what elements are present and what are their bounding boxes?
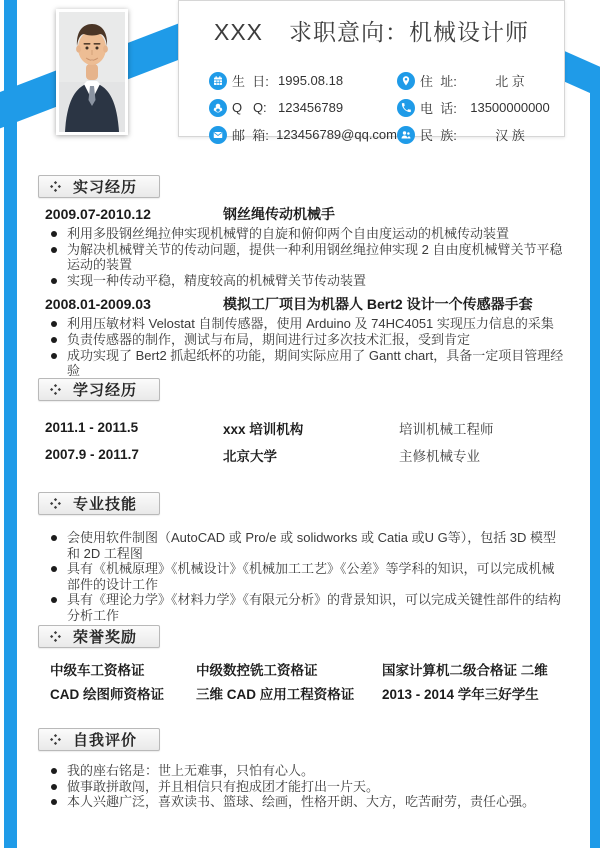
education-period: 2007.9 - 2011.7 [45, 447, 223, 462]
section-header-self-evaluation: 自我评价 [38, 728, 160, 751]
email-value: 123456789@qq.com [276, 127, 397, 142]
contact-row-email: 邮 箱: 123456789@qq.com [209, 121, 397, 148]
section-title: 实习经历 [73, 176, 137, 197]
bullet-text: 实现一种传动平稳，精度较高的机械臂关节传动装置 [67, 273, 366, 288]
internship-entry-1-head: 2009.07-2010.12 钢丝绳传动机械手 [45, 206, 565, 223]
section-title: 荣誉奖励 [73, 626, 137, 647]
qq-icon [209, 99, 227, 117]
bullet-text: 具有《机械原理》《机械设计》《机械加工工艺》《公差》等学科的知识，可以完成机械部… [67, 561, 555, 592]
profile-photo [56, 9, 128, 135]
bullet-item: 会使用软件制图（AutoCAD 或 Pro/e 或 solidworks 或 C… [46, 530, 565, 561]
bullet-text: 成功实现了 Bert2 抓起纸杯的功能，期间实际应用了 Gantt chart，… [67, 348, 563, 379]
candidate-name: XXX [214, 19, 263, 45]
entry-role: 模拟工厂项目为机器人 Bert2 设计一个传感器手套 [223, 296, 533, 313]
section-header-internship: 实习经历 [38, 175, 160, 198]
diamond-marker-icon [50, 631, 61, 642]
internship-entry-2-head: 2008.01-2009.03 模拟工厂项目为机器人 Bert2 设计一个传感器… [45, 296, 565, 313]
education-organization: xxx 培训机构 [223, 418, 399, 438]
diamond-marker-icon [50, 498, 61, 509]
entry-period: 2009.07-2010.12 [45, 206, 223, 223]
entry-period: 2008.01-2009.03 [45, 296, 223, 313]
phone-label: 电 话: [420, 98, 466, 117]
qq-value: 123456789 [278, 100, 343, 115]
bullet-text: 具有《理论力学》《材料力学》《有限元分析》的背景知识，可以完成关键性部件的结构分… [67, 592, 561, 623]
skills-bullets: 会使用软件制图（AutoCAD 或 Pro/e 或 solidworks 或 C… [38, 530, 565, 624]
address-value: 北 京 [466, 71, 554, 90]
ethnicity-label: 民 族: [420, 125, 466, 144]
entry-role: 钢丝绳传动机械手 [223, 206, 335, 223]
bullet-text: 会使用软件制图（AutoCAD 或 Pro/e 或 solidworks 或 C… [67, 530, 556, 561]
contact-row-address: 住 址: 北 京 [397, 67, 554, 94]
mail-icon [209, 126, 227, 144]
contact-row-ethnicity: 民 族: 汉 族 [397, 121, 554, 148]
birthday-label: 生 日: [232, 71, 278, 90]
section-awards: 荣誉奖励 中级车工资格证 中级数控铣工资格证 国家计算机二级合格证 二维 CAD… [38, 625, 565, 702]
internship-entry-1-bullets: 利用多股钢丝绳拉伸实现机械臂的自旋和俯仰两个自由度运动的机械传动装置 为解决机械… [38, 226, 565, 288]
bullet-item: 具有《理论力学》《材料力学》《有限元分析》的背景知识，可以完成关键性部件的结构分… [46, 592, 565, 623]
diamond-marker-icon [50, 734, 61, 745]
people-icon [397, 126, 415, 144]
header-card: XXX求职意向：机械设计师 生 日: 1995.08.18 Q Q: 12345… [178, 0, 565, 137]
bullet-text: 为解决机械臂关节的传动问题，提供一种利用钢丝绳拉伸实现 2 自由度机械臂关节平稳… [67, 242, 562, 273]
education-description: 培训机械工程师 [399, 418, 494, 438]
birthday-value: 1995.08.18 [278, 73, 343, 88]
bullet-item: 做事敢拼敢闯，并且相信只有抱成团才能打出一片天。 [46, 779, 565, 795]
section-header-education: 学习经历 [38, 378, 160, 401]
education-period: 2011.1 - 2011.5 [45, 420, 223, 435]
right-edge-stripe [590, 72, 600, 848]
bullet-text: 我的座右铭是：世上无难事，只怕有心人。 [67, 763, 314, 778]
section-education: 学习经历 2011.1 - 2011.5 xxx 培训机构 培训机械工程师 20… [38, 378, 565, 468]
award-item: 2013 - 2014 学年三好学生 [382, 688, 565, 702]
section-title: 学习经历 [73, 379, 137, 400]
award-item: 三维 CAD 应用工程资格证 [196, 688, 382, 702]
bullet-item: 具有《机械原理》《机械设计》《机械加工工艺》《公差》等学科的知识，可以完成机械部… [46, 561, 565, 592]
bullet-item: 利用多股钢丝绳拉伸实现机械臂的自旋和俯仰两个自由度运动的机械传动装置 [46, 226, 565, 242]
portrait-illustration [59, 12, 125, 132]
section-header-skills: 专业技能 [38, 492, 160, 515]
contact-row-birthday: 生 日: 1995.08.18 [209, 67, 397, 94]
section-skills: 专业技能 会使用软件制图（AutoCAD 或 Pro/e 或 solidwork… [38, 492, 565, 624]
left-edge-stripe [4, 0, 17, 848]
education-description: 主修机械专业 [399, 445, 480, 465]
phone-icon [397, 99, 415, 117]
ethnicity-value: 汉 族 [466, 125, 554, 144]
award-item: CAD 绘图师资格证 [50, 688, 196, 702]
bullet-item: 成功实现了 Bert2 抓起纸杯的功能，期间实际应用了 Gantt chart，… [46, 348, 565, 379]
page-title: XXX求职意向：机械设计师 [179, 14, 564, 47]
contact-info: 生 日: 1995.08.18 Q Q: 123456789 邮 箱: 1234… [209, 67, 564, 148]
contact-column-right: 住 址: 北 京 电 话: 13500000000 民 族: 汉 族 [397, 67, 554, 148]
contact-column-left: 生 日: 1995.08.18 Q Q: 123456789 邮 箱: 1234… [209, 67, 397, 148]
bullet-text: 利用多股钢丝绳拉伸实现机械臂的自旋和俯仰两个自由度运动的机械传动装置 [67, 226, 509, 241]
bullet-item: 利用压敏材料 Velostat 自制传感器，使用 Arduino 及 74HC4… [46, 316, 565, 332]
self-evaluation-bullets: 我的座右铭是：世上无难事，只怕有心人。 做事敢拼敢闯，并且相信只有抱成团才能打出… [38, 763, 565, 810]
bullet-text: 做事敢拼敢闯，并且相信只有抱成团才能打出一片天。 [67, 779, 379, 794]
section-self-evaluation: 自我评价 我的座右铭是：世上无难事，只怕有心人。 做事敢拼敢闯，并且相信只有抱成… [38, 728, 565, 810]
diamond-marker-icon [50, 384, 61, 395]
qq-label: Q Q: [232, 100, 278, 115]
address-label: 住 址: [420, 71, 466, 90]
bullet-item: 实现一种传动平稳，精度较高的机械臂关节传动装置 [46, 273, 565, 289]
internship-entry-2-bullets: 利用压敏材料 Velostat 自制传感器，使用 Arduino 及 74HC4… [38, 316, 565, 378]
section-header-awards: 荣誉奖励 [38, 625, 160, 648]
bullet-text: 利用压敏材料 Velostat 自制传感器，使用 Arduino 及 74HC4… [67, 316, 554, 331]
bullet-item: 为解决机械臂关节的传动问题，提供一种利用钢丝绳拉伸实现 2 自由度机械臂关节平稳… [46, 242, 565, 273]
contact-row-qq: Q Q: 123456789 [209, 94, 397, 121]
bullet-text: 本人兴趣广泛，喜欢读书、篮球、绘画，性格开朗、大方，吃苦耐劳，责任心强。 [67, 794, 535, 809]
education-rows: 2011.1 - 2011.5 xxx 培训机构 培训机械工程师 2007.9 … [38, 414, 565, 468]
phone-value: 13500000000 [466, 100, 554, 115]
section-title: 专业技能 [73, 493, 137, 514]
bullet-item: 负责传感器的制作，测试与布局，期间进行过多次技术汇报，受到肯定 [46, 332, 565, 348]
bullet-item: 我的座右铭是：世上无难事，只怕有心人。 [46, 763, 565, 779]
education-row: 2011.1 - 2011.5 xxx 培训机构 培训机械工程师 [45, 414, 565, 441]
bullet-text: 负责传感器的制作，测试与布局，期间进行过多次技术汇报，受到肯定 [67, 332, 470, 347]
bullet-item: 本人兴趣广泛，喜欢读书、篮球、绘画，性格开朗、大方，吃苦耐劳，责任心强。 [46, 794, 565, 810]
education-row: 2007.9 - 2011.7 北京大学 主修机械专业 [45, 441, 565, 468]
award-item: 国家计算机二级合格证 二维 [382, 664, 565, 678]
calendar-icon [209, 72, 227, 90]
contact-row-phone: 电 话: 13500000000 [397, 94, 554, 121]
education-organization: 北京大学 [223, 445, 399, 465]
award-item: 中级数控铣工资格证 [196, 664, 382, 678]
diamond-marker-icon [50, 181, 61, 192]
award-item: 中级车工资格证 [50, 664, 196, 678]
section-internship: 实习经历 2009.07-2010.12 钢丝绳传动机械手 利用多股钢丝绳拉伸实… [38, 175, 565, 379]
section-title: 自我评价 [73, 729, 137, 750]
email-label: 邮 箱: [232, 125, 276, 144]
job-objective: 求职意向：机械设计师 [289, 19, 529, 45]
awards-grid: 中级车工资格证 中级数控铣工资格证 国家计算机二级合格证 二维 CAD 绘图师资… [50, 664, 565, 702]
location-icon [397, 72, 415, 90]
